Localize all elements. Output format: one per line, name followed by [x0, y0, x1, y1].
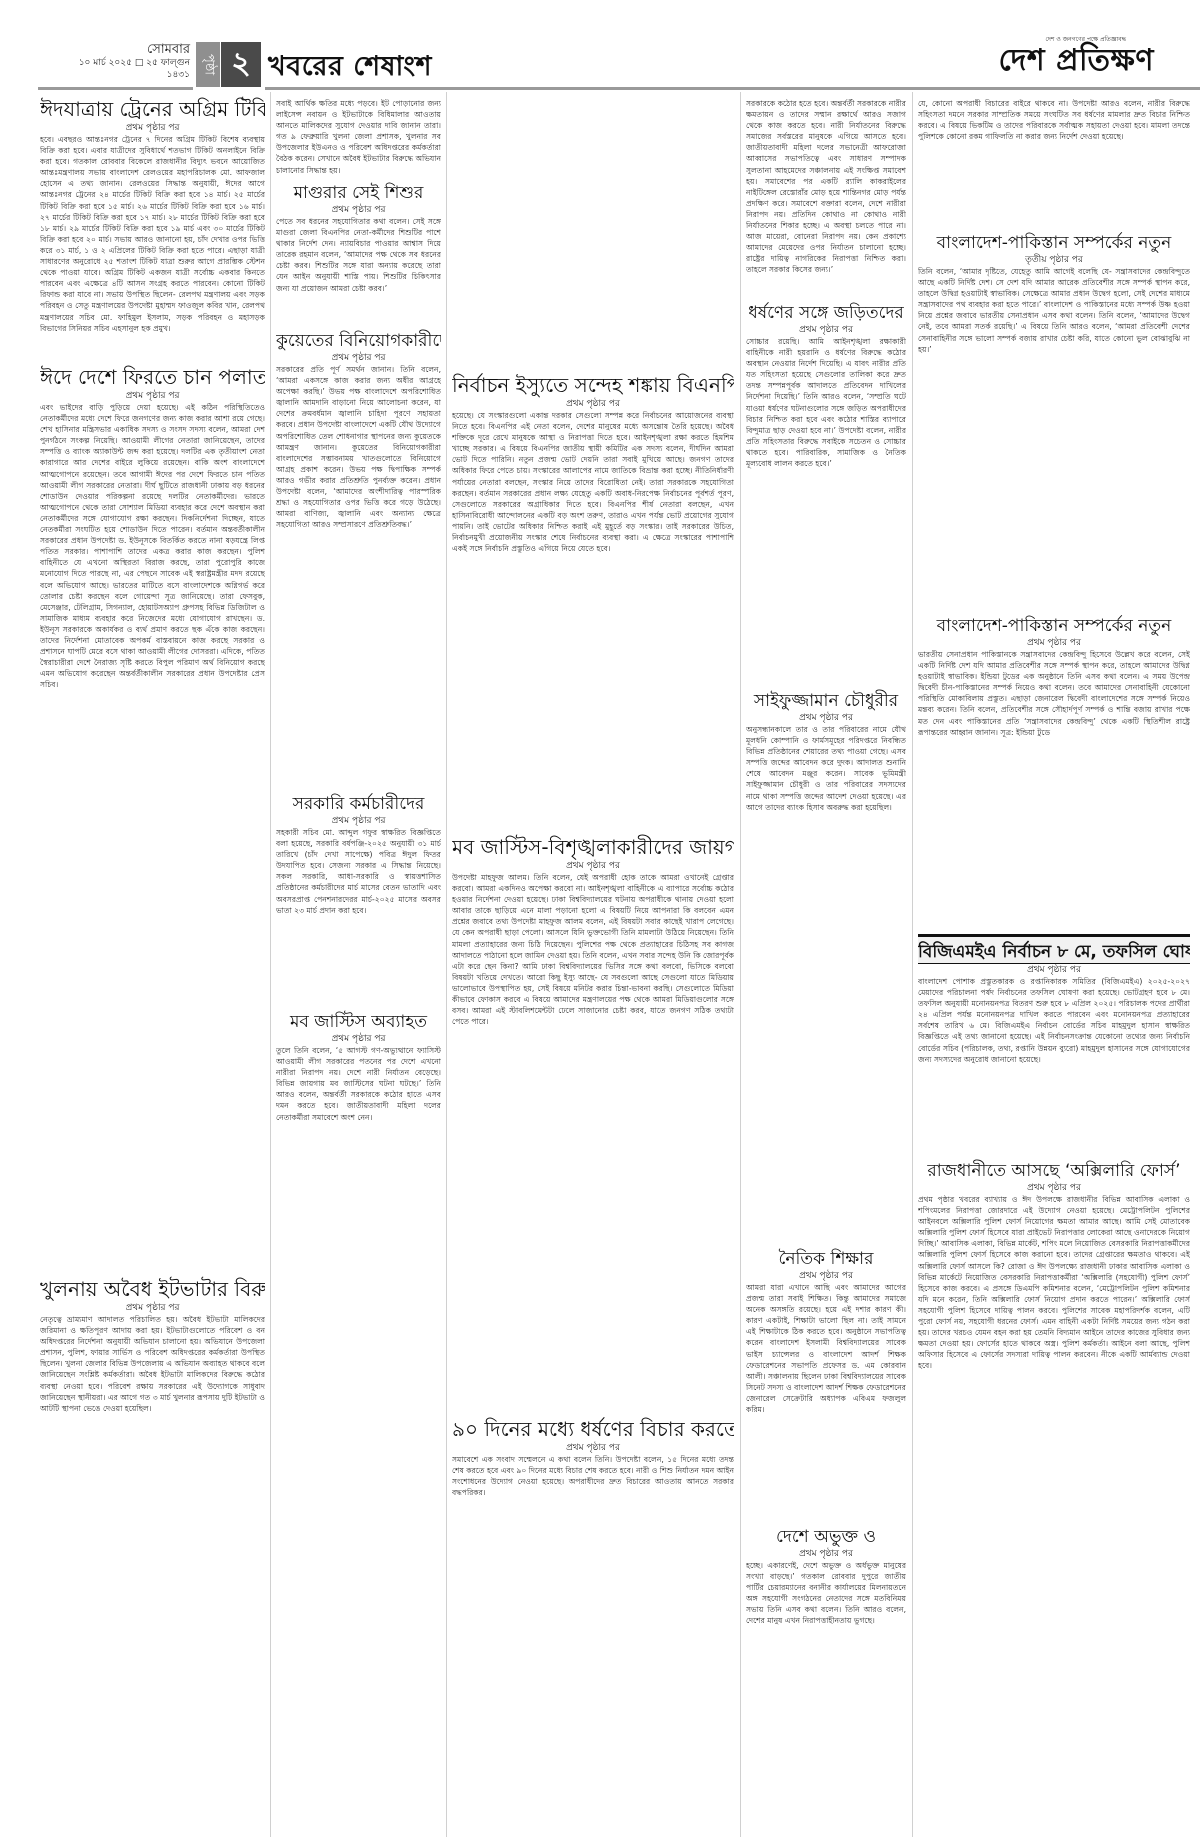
masthead-rule-right — [265, 87, 1200, 90]
section-title: খবরের শেষাংশ — [268, 46, 432, 91]
continued-label: প্রথম পৃষ্ঠার পর — [746, 712, 906, 724]
article-headline: মব জাস্টিস-বিশৃঙ্খলাকারীদের জায়গা — [452, 830, 734, 860]
continued-label: প্রথম পৃষ্ঠার পর — [918, 964, 1190, 976]
issue-full-date: ১০ মার্চ ২০২৫ □ ২৫ ফাল্গুন ১৪৩১ — [60, 57, 190, 81]
article-headline: দেশে অভুক্ত ও — [746, 1522, 906, 1548]
article-body: সহকারী সচিব মো. আব্দুল গফুর স্বাক্ষরিত ব… — [276, 827, 441, 1007]
article-headline: কুয়েতের বিনিয়োগকারীদের — [276, 326, 441, 352]
continued-label: প্রথম পৃষ্ঠার পর — [40, 390, 265, 402]
article-headline: রাজধানীতে আসছে ‘অক্সিলারি ফোর্স’ — [918, 1156, 1190, 1182]
article-body: বাংলাদেশ পোশাক প্রস্তুতকারক ও রপ্তানিকার… — [918, 976, 1190, 1156]
article-body: প্রথম পৃষ্ঠার খবরের ব্যাখ্যায় ও ঈদ উপলক… — [918, 1194, 1190, 1714]
article-body: তিনি বলেন, ‘আমার দৃষ্টিতে, যেহেতু আমি আগ… — [918, 266, 1190, 611]
column-3: নির্বাচন ইস্যুতে সন্দেহ শঙ্কায় বিএনপি! … — [452, 92, 734, 1674]
article-headline: বাংলাদেশ-পাকিস্তান সম্পর্কের নতুন — [918, 611, 1190, 637]
article-headline: নৈতিক শিক্ষার — [746, 1244, 906, 1270]
article-body — [452, 98, 734, 368]
continued-label: প্রথম পৃষ্ঠার পর — [746, 1548, 906, 1560]
issue-date: সোমবার ১০ মার্চ ২০২৫ □ ২৫ ফাল্গুন ১৪৩১ — [60, 42, 190, 81]
continued-label: প্রথম পৃষ্ঠার পর — [746, 1270, 906, 1282]
article-headline: বিজিএমইএ নির্বাচন ৮ মে, তফসিল ঘোষণা — [918, 934, 1190, 964]
article-body: হবে। এবছরও আন্তঃনগর ট্রেনের ৭ দিনের অগ্র… — [40, 134, 265, 360]
issue-day: সোমবার — [60, 42, 190, 57]
article-body: সমাবেশে এক সংবাদ সম্মেলনে এ কথা বলেন তিন… — [452, 1454, 734, 1674]
article-headline: সরকারি কর্মচারীদের — [276, 789, 441, 815]
article-headline: মাগুরার সেই শিশুর — [276, 178, 441, 204]
article-body: সবাই আর্থিক ক্ষতির মধ্যে পড়বে। ইট পোড়া… — [276, 98, 441, 178]
article-headline: মব জাস্টিস অব্যাহত — [276, 1007, 441, 1033]
article-body: হয়েছে। যে সংস্কারগুলো একান্ত দরকার সেগু… — [452, 410, 734, 830]
continued-label: প্রথম পৃষ্ঠার পর — [40, 122, 265, 134]
column-divider — [912, 92, 913, 1837]
article-body: সরকারকে কঠোর হতে হবে। অন্তর্বর্তী সরকারক… — [746, 98, 906, 298]
continued-label: প্রথম পৃষ্ঠার পর — [452, 860, 734, 872]
article-body: অনুসন্ধানকালে তার ও তার পরিবারের নামে যৌ… — [746, 724, 906, 1244]
column-2: সবাই আর্থিক ক্ষতির মধ্যে পড়বে। ইট পোড়া… — [276, 92, 441, 1605]
continued-label: প্রথম পৃষ্ঠার পর — [276, 204, 441, 216]
page-number: ২ — [221, 42, 261, 87]
article-body: পেতে সব ধরনের সহযোগিতার কথা বলেন। সেই সঙ… — [276, 216, 441, 326]
article-headline: বাংলাদেশ-পাকিস্তান সম্পর্কের নতুন — [918, 228, 1190, 254]
article-body: হচ্ছে। একারণেই, দেশে অভুক্ত ও অর্ধভুক্ত … — [746, 1560, 906, 1760]
continued-label: প্রথম পৃষ্ঠার পর — [276, 1033, 441, 1045]
article-headline: ঈদযাত্রায় ট্রেনের অগ্রিম টিকিট বিক্রি শ… — [40, 92, 265, 122]
continued-label: প্রথম পৃষ্ঠার পর — [276, 815, 441, 827]
continued-label: প্রথম পৃষ্ঠার পর — [276, 352, 441, 364]
article-body: তুলে তিনি বলেন, ‘৫ আগস্ট গণ-অভ্যুত্থানে … — [276, 1045, 441, 1605]
continued-label: প্রথম পৃষ্ঠার পর — [918, 637, 1190, 649]
column-divider — [446, 92, 447, 1837]
article-headline: ৯০ দিনের মধ্যে ধর্ষণের বিচার করতে — [452, 1412, 734, 1442]
page-label: পৃষ্ঠা — [196, 42, 220, 87]
article-body: ভারতীয় সেনাপ্রধান পাকিস্তানকে সন্ত্রাসব… — [918, 649, 1190, 934]
article-body: এবং ভাইদের বাড়ি পুড়িয়ে দেয়া হয়েছে। … — [40, 402, 265, 1272]
continued-label: প্রথম পৃষ্ঠার পর — [40, 1302, 265, 1314]
article-headline: সাইফুজ্জামান চৌধুরীর — [746, 686, 906, 712]
article-headline: খুলনায় অবৈধ ইটভাটার বিরুদ্ধে — [40, 1272, 265, 1302]
column-1: ঈদযাত্রায় ট্রেনের অগ্রিম টিকিট বিক্রি শ… — [40, 92, 265, 1834]
continued-label: প্রথম পৃষ্ঠার পর — [452, 1442, 734, 1454]
masthead-rule-left — [38, 87, 193, 90]
column-4: সরকারকে কঠোর হতে হবে। অন্তর্বর্তী সরকারক… — [746, 92, 906, 1760]
continued-label: তৃতীয় পৃষ্ঠার পর — [918, 254, 1190, 266]
masthead: সোমবার ১০ মার্চ ২০২৫ □ ২৫ ফাল্গুন ১৪৩১ প… — [0, 0, 1200, 80]
article-body: যে, কোনো অপরাধী বিচারের বাইরে থাকবে না। … — [918, 98, 1190, 228]
newspaper-logo: দেশ ও জনগণের পক্ষে প্রতিজ্ঞাবদ্ধ দেশ প্র… — [998, 36, 1154, 78]
article-body: উপদেষ্টা মাহফুজ আলম। তিনি বলেন, যেই অপরা… — [452, 872, 734, 1412]
column-divider — [270, 92, 271, 1837]
article-body: নেতৃত্বে ভ্রাম্যমাণ আদালত পরিচালিত হয়। … — [40, 1314, 265, 1834]
continued-label: প্রথম পৃষ্ঠার পর — [746, 324, 906, 336]
logo-name: দেশ প্রতিক্ষণ — [998, 44, 1154, 78]
column-divider — [740, 92, 741, 1837]
article-headline: ঈদে দেশে ফিরতে চান পলাতক — [40, 360, 265, 390]
article-body: সোচ্চার রয়েছি। আমি আইনশৃঙ্খলা রক্ষাকারী… — [746, 336, 906, 686]
continued-label: প্রথম পৃষ্ঠার পর — [918, 1182, 1190, 1194]
column-5: যে, কোনো অপরাধী বিচারের বাইরে থাকবে না। … — [918, 92, 1190, 1714]
continued-label: প্রথম পৃষ্ঠার পর — [452, 398, 734, 410]
article-body: সরকারের প্রতি পূর্ণ সমর্থন জানান। তিনি ব… — [276, 364, 441, 789]
article-body: আমরা যারা এখানে আছি এবং আমাদের আগের প্রজ… — [746, 1282, 906, 1522]
article-headline: নির্বাচন ইস্যুতে সন্দেহ শঙ্কায় বিএনপি! — [452, 368, 734, 398]
article-headline: ধর্ষণের সঙ্গে জড়িতদের — [746, 298, 906, 324]
